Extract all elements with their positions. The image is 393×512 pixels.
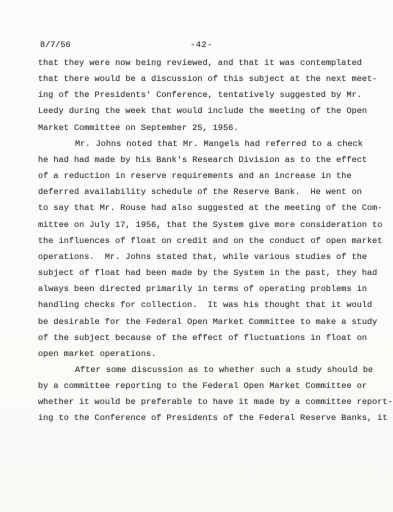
document-body: that they were now being reviewed, and t…	[0, 50, 393, 427]
text-line: operations. Mr. Johns stated that, while…	[38, 249, 367, 265]
text-line: of a reduction in reserve requirements a…	[38, 168, 367, 184]
date-label: 8/7/56	[40, 40, 190, 50]
text-line: that they were now being reviewed, and t…	[38, 55, 367, 71]
text-line: After some discussion as to whether such…	[38, 362, 367, 378]
text-line: that there would be a discussion of this…	[38, 71, 367, 87]
text-line: Mr. Johns noted that Mr. Mangels had ref…	[38, 136, 367, 152]
text-line: subject of float had been made by the Sy…	[38, 265, 367, 281]
text-line: ing of the Presidents' Conference, tenta…	[38, 87, 367, 103]
text-line: of the subject because of the effect of …	[38, 330, 367, 346]
text-line: open market operations.	[38, 346, 367, 362]
text-line: he had had made by his Bank's Research D…	[38, 152, 367, 168]
page-number: -42-	[190, 40, 212, 50]
text-line: handling checks for collection. It was h…	[38, 297, 367, 313]
text-line: the influences of float on credit and on…	[38, 233, 367, 249]
document-page: 8/7/56 -42- that they were now being rev…	[0, 0, 393, 512]
text-line: by a committee reporting to the Federal …	[38, 378, 367, 394]
text-line: be desirable for the Federal Open Market…	[38, 314, 367, 330]
text-line: Market Committee on September 25, 1956.	[38, 120, 367, 136]
text-line: whether it would be preferable to have i…	[38, 394, 367, 410]
page-header: 8/7/56 -42-	[0, 0, 393, 50]
text-line: mittee on July 17, 1956, that the System…	[38, 217, 367, 233]
text-line: always been directed primarily in terms …	[38, 281, 367, 297]
text-line: to say that Mr. Rouse had also suggested…	[38, 200, 367, 216]
text-line: Leedy during the week that would include…	[38, 103, 367, 119]
text-line: deferred availability schedule of the Re…	[38, 184, 367, 200]
text-line: ing to the Conference of Presidents of t…	[38, 410, 367, 426]
